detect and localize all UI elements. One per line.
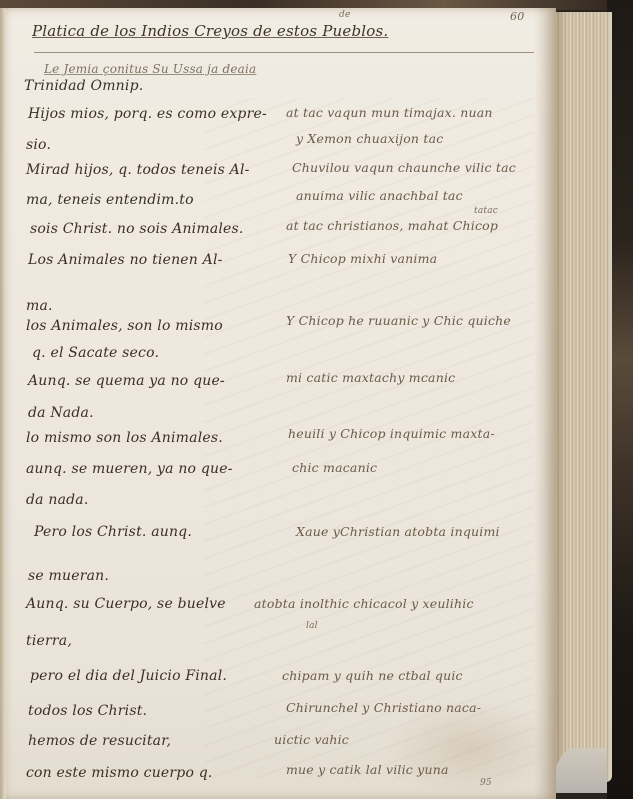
kiche-line: at tac vaqun mun timajax. nuan xyxy=(286,105,493,120)
page-left-edge xyxy=(0,8,6,799)
spanish-line: ma. xyxy=(26,298,53,314)
kiche-line: heuili y Chicop inquimic maxta- xyxy=(288,426,495,441)
kiche-line: chipam y quih ne ctbal quic xyxy=(282,668,463,683)
kiche-line: y Xemon chuaxijon tac xyxy=(296,131,443,146)
spanish-line: sois Christ. no sois Animales. xyxy=(30,221,244,237)
kiche-line: Xaue yChristian atobta inquimi xyxy=(296,524,500,539)
kiche-line: mue y catik lal vilic yuna xyxy=(286,762,449,777)
spanish-line: Los Animales no tienen Al- xyxy=(28,252,223,268)
spanish-line: aunq. se mueren, ya no que- xyxy=(26,461,233,477)
kiche-line: Y Chicop he ruuanic y Chic quiche xyxy=(286,313,511,328)
spanish-line: Pero los Christ. aunq. xyxy=(34,524,192,540)
page-subtitle: Le Jemia çonitus Su Ussa ja deaia xyxy=(44,62,256,76)
spanish-line: con este mismo cuerpo q. xyxy=(26,765,213,781)
manuscript-page: Platica de los Indios Creyos de estos Pu… xyxy=(4,8,556,799)
kiche-line: chic macanic xyxy=(292,460,377,475)
kiche-line: Chirunchel y Christiano naca- xyxy=(286,700,481,715)
page-stack-bottom-corner xyxy=(553,748,607,793)
spanish-line: Mirad hijos, q. todos teneis Al- xyxy=(26,162,250,178)
spanish-line: se mueran. xyxy=(28,568,109,584)
spanish-line: sio. xyxy=(26,137,51,153)
kiche-line: anuima vilic anachbal tac xyxy=(296,188,463,203)
title-rule xyxy=(34,52,534,53)
spanish-line: lo mismo son los Animales. xyxy=(26,430,223,446)
kiche-line: at tac christianos, mahat Chicop xyxy=(286,218,498,233)
interlinear-note: tatac xyxy=(474,206,498,216)
spanish-line: todos los Christ. xyxy=(28,703,147,719)
spanish-line: da Nada. xyxy=(28,405,94,421)
spanish-line: q. el Sacate seco. xyxy=(32,345,159,361)
page-title: Platica de los Indios Creyos de estos Pu… xyxy=(32,22,388,40)
spanish-line: los Animales, son lo mismo xyxy=(26,318,223,334)
interlinear-note: lal xyxy=(306,621,318,631)
kiche-line: Y Chicop mixhi vanima xyxy=(288,251,437,266)
title-marginal-note: de xyxy=(339,10,351,20)
kiche-line: mi catic maxtachy mcanic xyxy=(286,370,455,385)
spanish-line: da nada. xyxy=(26,492,88,508)
section-heading: Trinidad Omnip. xyxy=(24,78,143,94)
spanish-line: pero el dia del Juicio Final. xyxy=(30,668,227,684)
kiche-line: uictic vahic xyxy=(274,732,349,747)
spanish-line: tierra, xyxy=(26,633,72,649)
spanish-line: ma, teneis entendim.to xyxy=(26,192,194,208)
kiche-line: atobta inolthic chicacol y xeulihic xyxy=(254,596,474,611)
spanish-line: Hijos mios, porq. es como expre- xyxy=(28,106,267,122)
spanish-line: Aunq. su Cuerpo, se buelve xyxy=(26,596,226,612)
bottom-mark: 95 xyxy=(480,778,492,788)
spanish-line: hemos de resucitar, xyxy=(28,733,171,749)
kiche-line: Chuvilou vaqun chaunche vilic tac xyxy=(292,160,516,175)
spanish-line: Aunq. se quema ya no que- xyxy=(28,373,225,389)
folio-number: 60 xyxy=(510,10,524,23)
